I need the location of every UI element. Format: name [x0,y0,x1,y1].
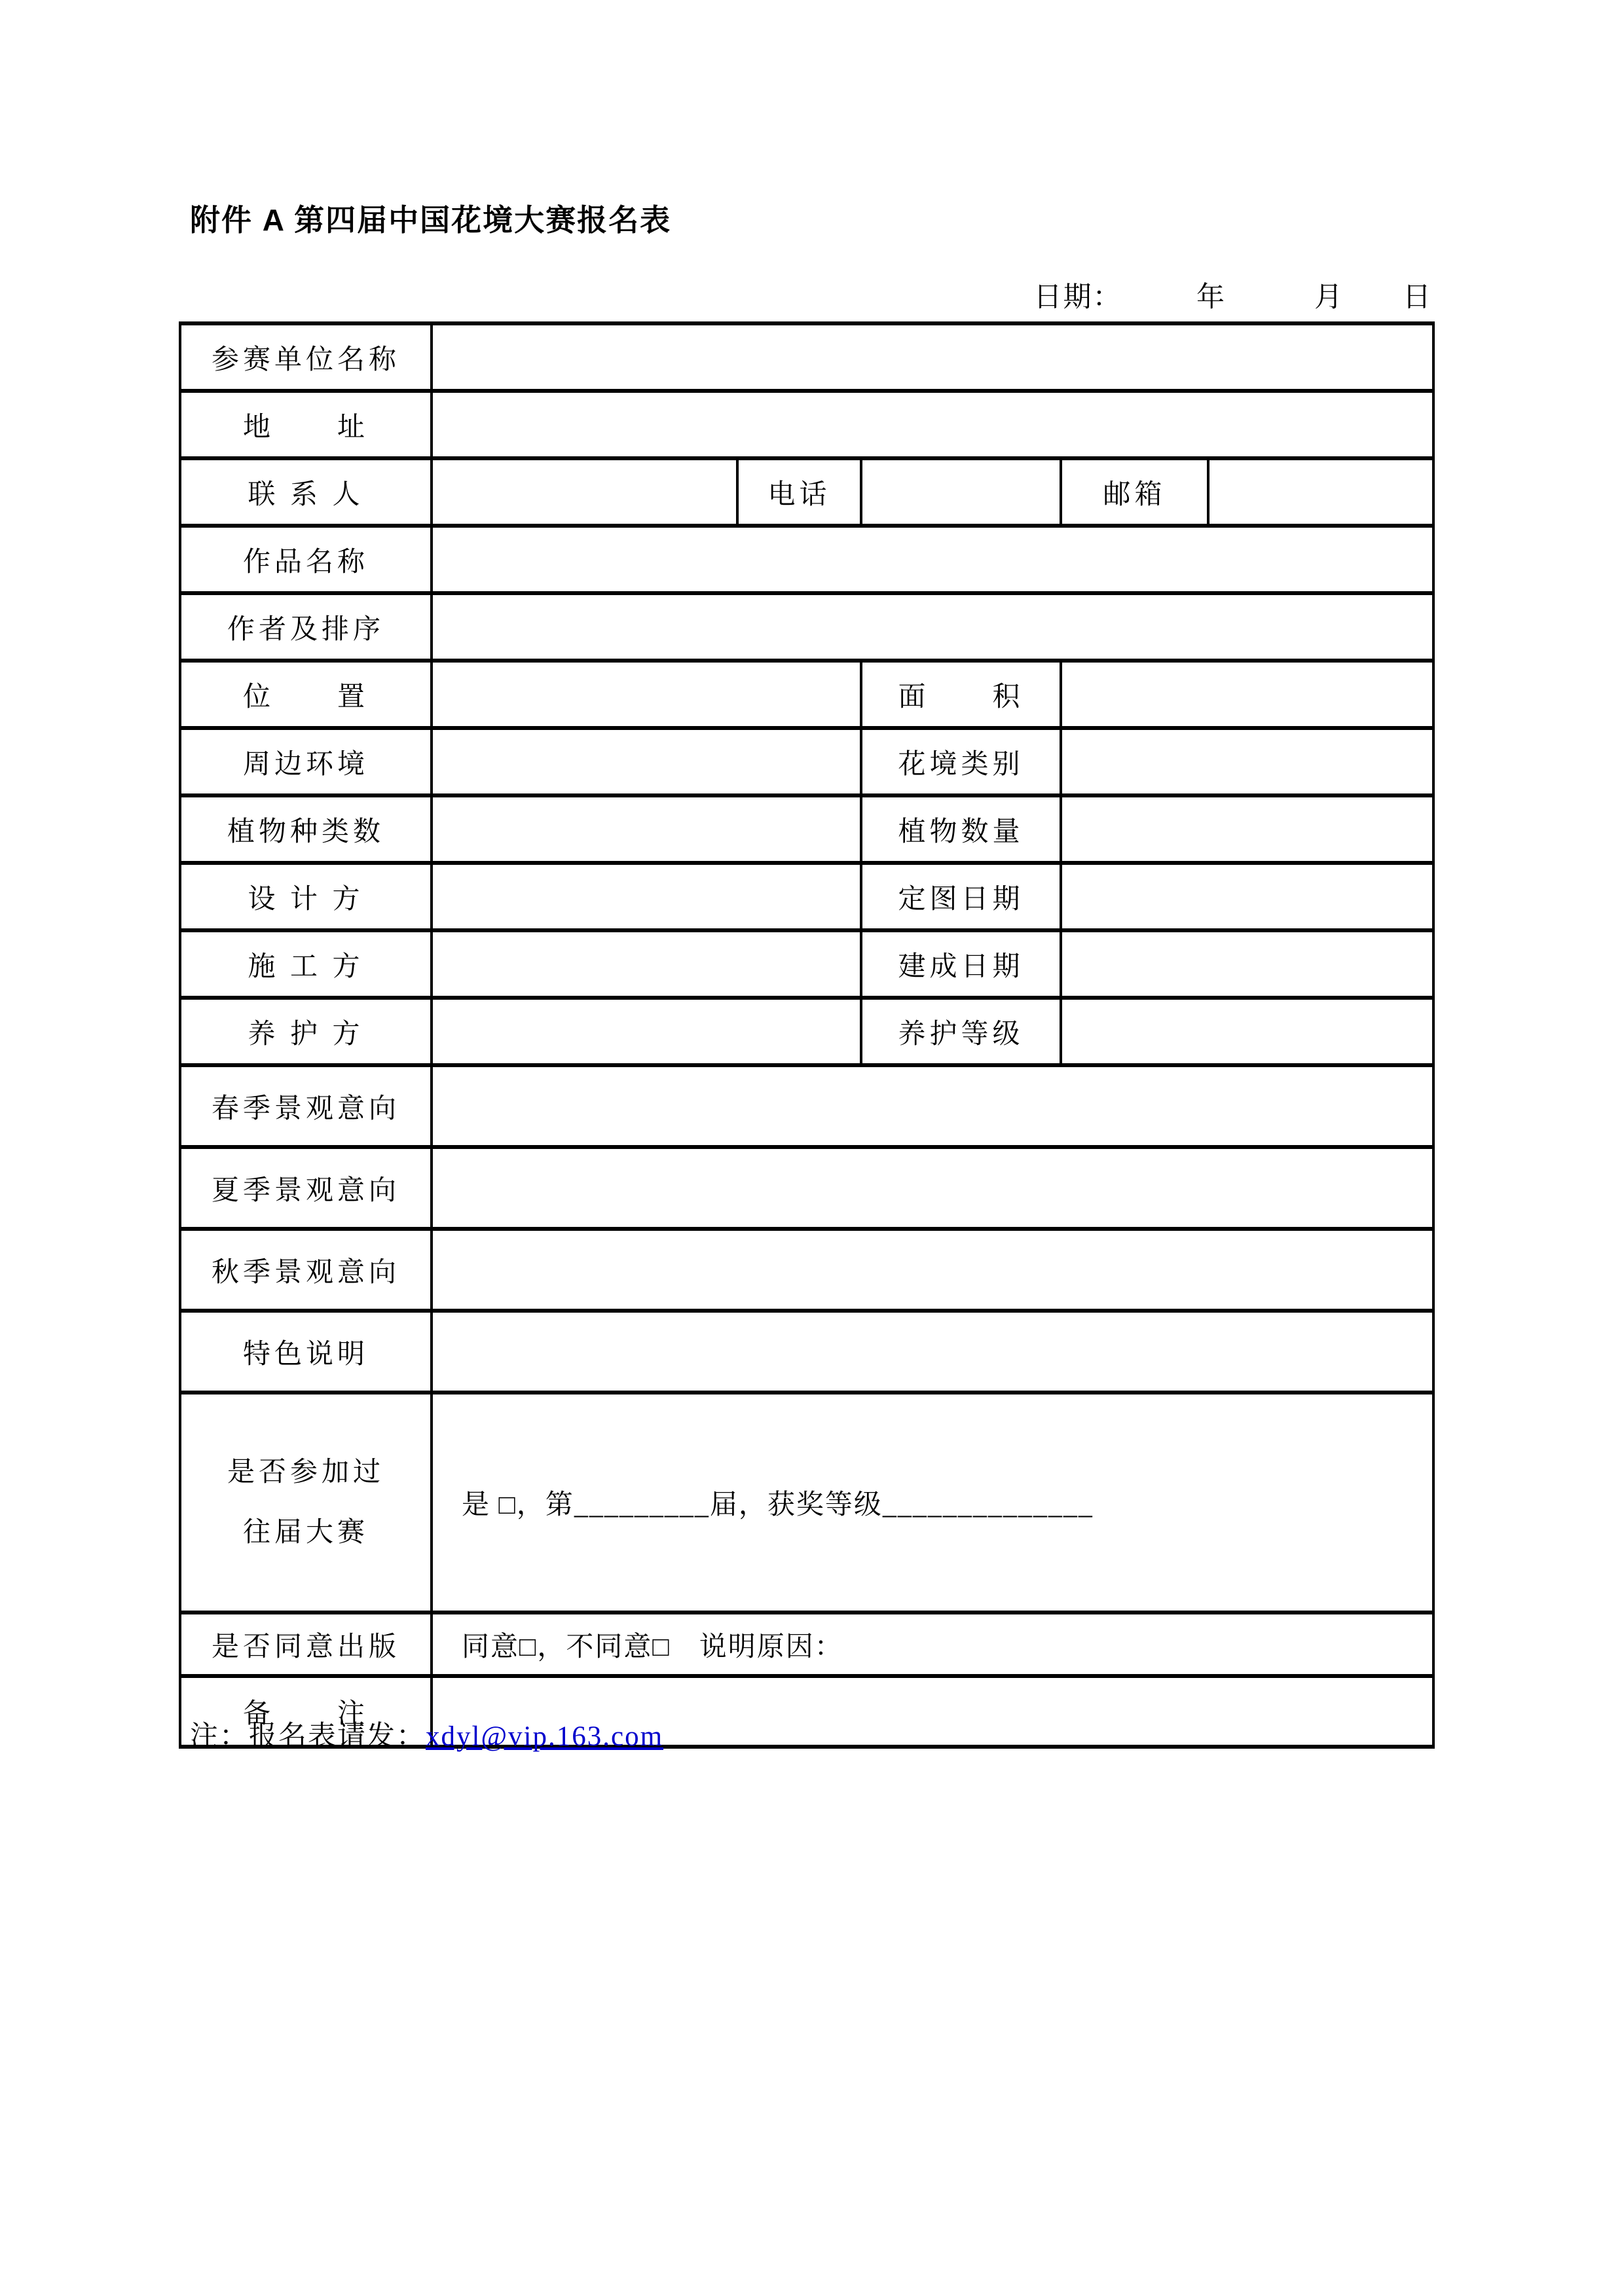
past-participation-cell[interactable]: 是 □，第_________届，获奖等级______________ [432,1393,1433,1613]
row-label: 联 系 人 [180,458,432,526]
border-type-cell[interactable] [1061,728,1433,795]
location-cell[interactable] [432,661,861,728]
summer-intent-cell[interactable] [432,1147,1433,1229]
email-cell[interactable] [1208,458,1433,526]
registration-form-table: 参赛单位名称 地 址 联 系 人 电话 邮箱 作品名称 作者及排序 [179,321,1435,1749]
row-label: 位 置 [180,661,432,728]
row-label: 夏季景观意向 [180,1147,432,1229]
row-surroundings-type: 周边环境 花境类别 [180,728,1433,795]
row-spring-intent: 春季景观意向 [180,1065,1433,1147]
authors-cell[interactable] [432,593,1433,661]
row-builder-date: 施 工 方 建成日期 [180,930,1433,998]
completion-date-label: 建成日期 [861,930,1061,998]
row-label: 春季景观意向 [180,1065,432,1147]
phone-label: 电话 [737,458,861,526]
row-location-area: 位 置 面 积 [180,661,1433,728]
row-contact: 联 系 人 电话 邮箱 [180,458,1433,526]
autumn-intent-cell[interactable] [432,1229,1433,1311]
row-work-title: 作品名称 [180,526,1433,593]
row-authors: 作者及排序 [180,593,1433,661]
email-link[interactable]: xdyl@vip.163.com [426,1721,663,1752]
row-plant-species-quantity: 植物种类数 植物数量 [180,795,1433,863]
features-cell[interactable] [432,1311,1433,1393]
area-label: 面 积 [861,661,1061,728]
spring-intent-cell[interactable] [432,1065,1433,1147]
design-date-cell[interactable] [1061,863,1433,930]
row-label: 作者及排序 [180,593,432,661]
maintainer-cell[interactable] [432,998,861,1065]
row-label-line1: 是否参加过 [227,1457,384,1487]
maintenance-grade-label: 养护等级 [861,998,1061,1065]
row-label: 设 计 方 [180,863,432,930]
publication-consent-cell[interactable]: 同意□，不同意□ 说明原因： [432,1613,1433,1676]
area-cell[interactable] [1061,661,1433,728]
row-past-participation: 是否参加过 往届大赛 是 □，第_________届，获奖等级_________… [180,1393,1433,1613]
footer-note: 注：报名表请发：xdyl@vip.163.com [190,1714,663,1754]
footer-note-text: 注：报名表请发： [190,1721,426,1752]
row-label: 特色说明 [180,1311,432,1393]
page-title: 附件 A 第四届中国花境大赛报名表 [190,196,671,240]
work-title-cell[interactable] [432,526,1433,593]
row-label: 周边环境 [180,728,432,795]
plant-species-cell[interactable] [432,795,861,863]
contact-person-cell[interactable] [432,458,737,526]
design-date-label: 定图日期 [861,863,1061,930]
maintenance-grade-cell[interactable] [1061,998,1433,1065]
row-features: 特色说明 [180,1311,1433,1393]
row-summer-intent: 夏季景观意向 [180,1147,1433,1229]
plant-quantity-cell[interactable] [1061,795,1433,863]
address-cell[interactable] [432,391,1433,458]
row-label: 地 址 [180,391,432,458]
row-label: 施 工 方 [180,930,432,998]
date-line: 日期： 年 月 日 [1034,275,1433,315]
builder-cell[interactable] [432,930,861,998]
row-maintainer-grade: 养 护 方 养护等级 [180,998,1433,1065]
row-publication-consent: 是否同意出版 同意□，不同意□ 说明原因： [180,1613,1433,1676]
row-label: 植物种类数 [180,795,432,863]
completion-date-cell[interactable] [1061,930,1433,998]
row-label: 是否参加过 往届大赛 [180,1393,432,1613]
row-label: 作品名称 [180,526,432,593]
row-label-line2: 往届大赛 [243,1518,369,1548]
surroundings-cell[interactable] [432,728,861,795]
row-label: 养 护 方 [180,998,432,1065]
row-address: 地 址 [180,391,1433,458]
plant-quantity-label: 植物数量 [861,795,1061,863]
border-type-label: 花境类别 [861,728,1061,795]
row-label: 是否同意出版 [180,1613,432,1676]
row-entrant-name: 参赛单位名称 [180,323,1433,391]
phone-cell[interactable] [861,458,1061,526]
entrant-name-cell[interactable] [432,323,1433,391]
document-page: 附件 A 第四届中国花境大赛报名表 日期： 年 月 日 参赛单位名称 地 址 联… [0,0,1624,2296]
row-label: 参赛单位名称 [180,323,432,391]
row-label: 秋季景观意向 [180,1229,432,1311]
row-designer-date: 设 计 方 定图日期 [180,863,1433,930]
email-label: 邮箱 [1061,458,1208,526]
designer-cell[interactable] [432,863,861,930]
row-autumn-intent: 秋季景观意向 [180,1229,1433,1311]
